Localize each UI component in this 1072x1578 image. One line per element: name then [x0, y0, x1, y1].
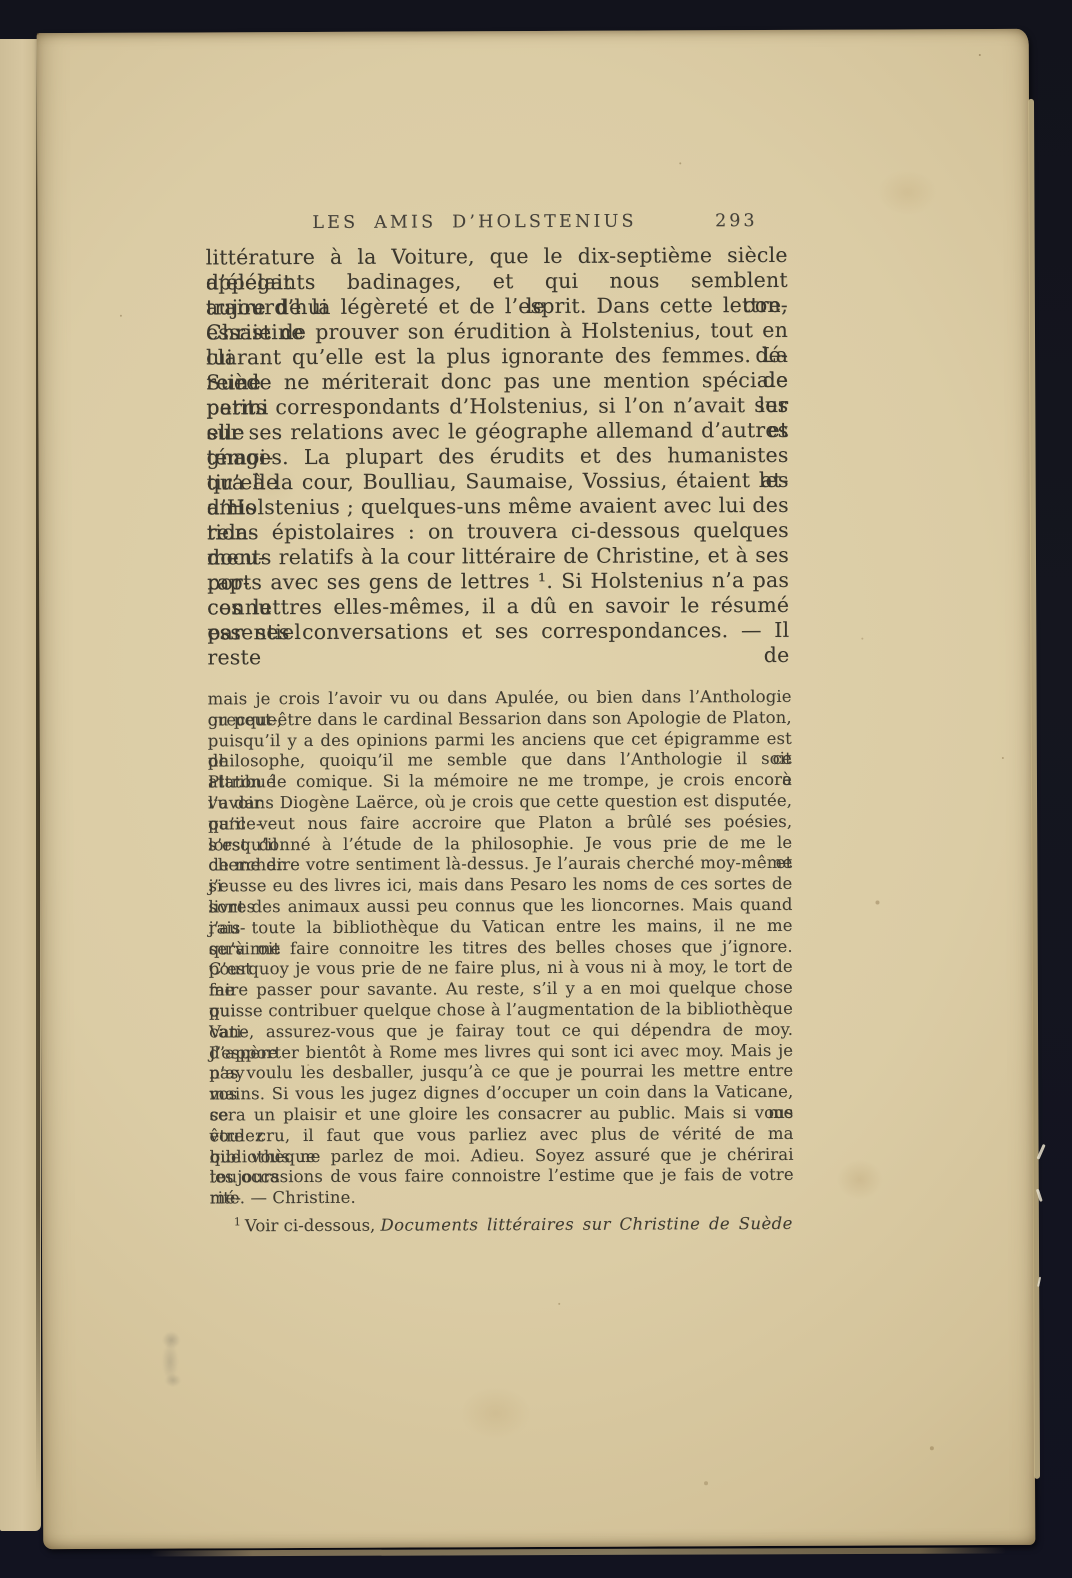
- foxing-specks: [37, 33, 39, 35]
- letter-text-line: pourquoy je vous prie de ne faire plus, …: [209, 957, 793, 980]
- body-text-line: Suède ne mériterait donc pas une mention…: [206, 368, 788, 396]
- main-paragraph: littérature à la Voiture, que le dix-sep…: [206, 243, 790, 646]
- ink-smudge: [158, 1328, 184, 1390]
- body-text-line: tira à la cour, Boulliau, Saumaise, Voss…: [207, 468, 789, 496]
- body-text-line: d’élégants badinages, et qui nous semble…: [206, 268, 788, 296]
- letter-text-line: rais toute la bibliothèque du Vatican en…: [209, 916, 793, 939]
- letter-text-line: rite. — Christine.: [210, 1186, 794, 1209]
- letter-text-line: sera un plaisir et une gloire les consac…: [209, 1103, 793, 1126]
- letter-text-line: de me dire votre sentiment là-dessus. Je…: [208, 853, 792, 876]
- letter-text-line: faire passer pour savante. Au reste, s’i…: [209, 978, 793, 1001]
- letter-text-line: j’eusse eu des livres ici, mais dans Pes…: [208, 874, 792, 897]
- body-text-line: petits correspondants d’Holstenius, si l…: [206, 393, 788, 421]
- body-text-line: tions épistolaires : on trouvera ci-dess…: [207, 518, 789, 546]
- chapter-title: LES AMIS D’HOLSTENIUS: [205, 211, 743, 233]
- body-text-line: gnages. La plupart des érudits et des hu…: [206, 443, 788, 471]
- letter-text-line: Platon le comique. Si la mémoire ne me t…: [208, 770, 792, 793]
- letter-text-line: être cru, il faut que vous parliez avec …: [209, 1124, 793, 1147]
- letter-text-line: mais je crois l’avoir vu ou dans Apulée,…: [208, 687, 792, 710]
- paper-stain: [837, 1159, 883, 1199]
- scanned-book-photo: LES AMIS D’HOLSTENIUS 293 littérature à …: [0, 0, 1072, 1578]
- paper-fiber: [1037, 1277, 1041, 1287]
- footnote-marker: 1: [234, 1215, 241, 1228]
- letter-text-line: puisse contribuer quelque chose à l’augm…: [209, 999, 793, 1022]
- body-text-line: d’Holstenius ; quelques-uns même avaient…: [207, 493, 789, 521]
- body-text-line: traire de la légèreté et de l’esprit. Da…: [206, 293, 788, 321]
- body-text-line: clarant qu’elle est la plus ignorante de…: [206, 343, 788, 371]
- page-number: 293: [715, 211, 757, 231]
- body-text-line: par ses conversations et ses corresponda…: [207, 618, 789, 646]
- body-text-line: ports avec ses gens de lettres ¹. Si Hol…: [207, 568, 789, 596]
- body-text-line: ments relatifs à la cour littéraire de C…: [207, 543, 789, 571]
- body-text-line: essaie de prouver son érudition à Holste…: [206, 318, 788, 346]
- body-text-line: ces lettres elles-mêmes, il a dû en savo…: [207, 593, 789, 621]
- book-page: LES AMIS D’HOLSTENIUS 293 littérature à …: [37, 29, 1036, 1549]
- body-text-line: sur ses relations avec le géographe alle…: [206, 418, 788, 446]
- letter-text-line: qu’il veut nous faire accroire que Plato…: [208, 812, 792, 835]
- letter-text-line: philosophe, quoiqu’il me semble que dans…: [208, 749, 792, 772]
- letter-text-line: qu’à me faire connoitre les titres des b…: [209, 936, 793, 959]
- letter-text-line: vu dans Diogène Laërce, où je crois que …: [208, 791, 792, 814]
- body-text-line: littérature à la Voiture, que le dix-sep…: [206, 243, 788, 271]
- under-page-edge: [150, 1548, 1006, 1557]
- page-edge-deckle: [1028, 99, 1040, 1479]
- letter-text-line: mains. Si vous les jugez dignes d’occupe…: [209, 1082, 793, 1105]
- previous-page-edge: [0, 39, 41, 1531]
- paper-stain: [461, 1386, 531, 1440]
- letter-text-line: les occasions de vous faire connoistre l…: [210, 1165, 794, 1188]
- letter-excerpt-small-print: mais je crois l’avoir vu ou dans Apulée,…: [208, 687, 794, 1209]
- running-head: LES AMIS D’HOLSTENIUS 293: [205, 211, 787, 240]
- letter-text-line: ou peut-être dans le cardinal Bessarion …: [208, 708, 792, 731]
- footnote-text: Voir ci-dessous,: [245, 1216, 381, 1236]
- letter-text-line: d’apporter bientôt à Rome mes livres qui…: [209, 1040, 793, 1063]
- letter-text-line: pas voulu les desballer, jusqu’à ce que …: [209, 1061, 793, 1084]
- letter-text-line: s’est donné à l’étude de la philosophie.…: [208, 832, 792, 855]
- footnote-title-italic: Documents littéraires sur Christine de S…: [380, 1214, 792, 1235]
- letter-text-line: sont des animaux aussi peu connus que le…: [208, 895, 792, 918]
- letter-text-line: que vous ne parlez de moi. Adieu. Soyez …: [210, 1144, 794, 1167]
- letter-text-line: puisqu’il y a des opinions parmi les anc…: [208, 728, 792, 751]
- footnote-line: 1Voir ci-dessous, Documents littéraires …: [210, 1213, 794, 1236]
- paper-stain: [877, 169, 937, 215]
- letter-text-line: cane, assurez-vous que je fairay tout ce…: [209, 1020, 793, 1043]
